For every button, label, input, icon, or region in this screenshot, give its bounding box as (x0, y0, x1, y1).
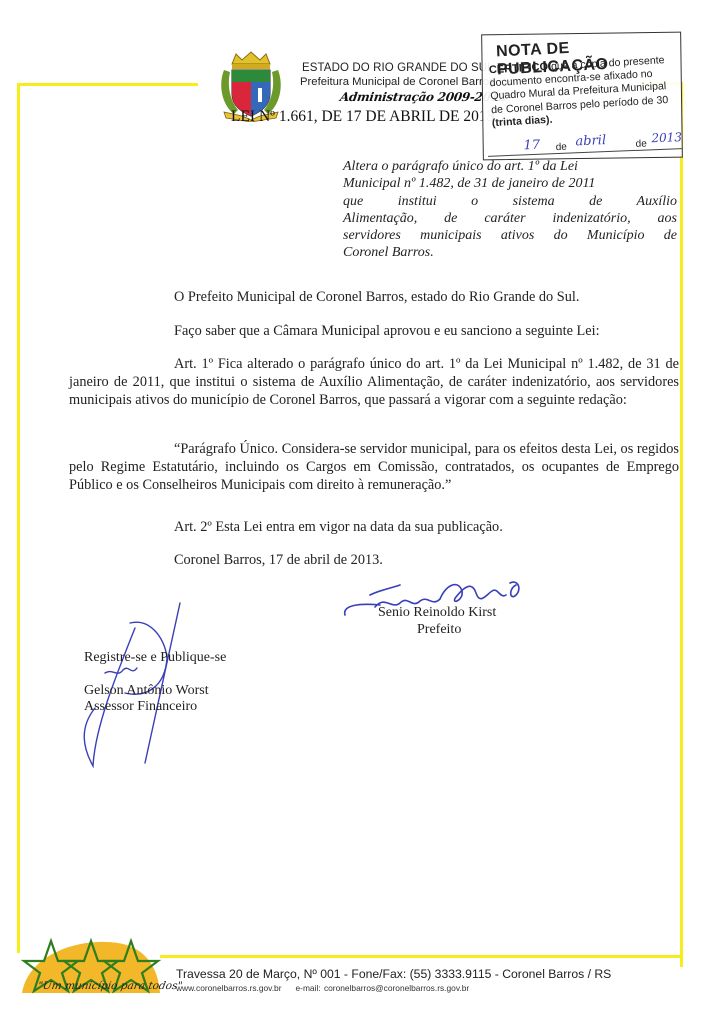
frame-top-left-line (18, 83, 198, 86)
publication-stamp: NOTA DE PUBLICAÇÃO CERTIFICO que a cópia… (481, 32, 683, 161)
frame-left-line (17, 83, 20, 953)
mayor-name: Senio Reinoldo Kirst (378, 605, 496, 621)
stamp-date-sep1: de (556, 142, 568, 153)
preamble: O Prefeito Municipal de Coronel Barros, … (69, 289, 679, 307)
frame-bottom-line (160, 955, 683, 958)
summary-line: Coronel Barros. (343, 244, 677, 261)
summary-line: servidores municipais ativos do Municípi… (343, 227, 677, 244)
sole-paragraph-text: “Parágrafo Único. Considera-se servidor … (69, 441, 679, 494)
place-date: Coronel Barros, 17 de abril de 2013. (69, 552, 679, 570)
header-state: ESTADO DO RIO GRANDE DO SUL (302, 62, 494, 74)
advisor-name: Gelson Antônio Worst (84, 683, 209, 699)
footer-email-link[interactable]: e-mail: coronelbarros@coronelbarros.rs.g… (296, 983, 470, 993)
enactment: Faço saber que a Câmara Municipal aprovo… (69, 323, 679, 341)
article-1: Art. 1º Fica alterado o parágrafo único … (69, 356, 679, 409)
stamp-date-day: 17 (523, 138, 540, 154)
advisor-role: Assessor Financeiro (84, 699, 197, 715)
sole-paragraph: “Parágrafo Único. Considera-se servidor … (69, 441, 679, 494)
footer-website-link[interactable]: www.coronelbarros.rs.gov.br (176, 983, 282, 993)
stamp-text: CERTIFICO que a cópia do presente docume… (489, 53, 682, 130)
frame-right-line (680, 82, 683, 967)
mayor-role: Prefeito (417, 622, 461, 638)
summary-line: Municipal nº 1.482, de 31 de janeiro de … (343, 175, 677, 192)
footer-slogan: "Um município para todos" (37, 980, 183, 992)
article-2: Art. 2º Esta Lei entra em vigor na data … (69, 519, 679, 537)
summary-line: Alimentação, de caráter indenizatório, a… (343, 210, 677, 227)
summary-line: Altera o parágrafo único do art. 1º da L… (343, 158, 677, 175)
enactment-text: Faço saber que a Câmara Municipal aprovo… (69, 323, 679, 341)
preamble-text: O Prefeito Municipal de Coronel Barros, … (69, 289, 679, 307)
footer-address: Travessa 20 de Março, Nº 001 - Fone/Fax:… (176, 967, 611, 981)
footer-contacts: www.coronelbarros.rs.gov.bre-mail: coron… (176, 983, 469, 993)
register-publish-text: Registre-se e Publique-se (84, 650, 226, 666)
place-date-text: Coronel Barros, 17 de abril de 2013. (69, 552, 679, 570)
article-1-text: Art. 1º Fica alterado o parágrafo único … (69, 356, 679, 409)
stamp-date: 17 de abril de 2013 (487, 134, 681, 158)
article-2-text: Art. 2º Esta Lei entra em vigor na data … (69, 519, 679, 537)
stamp-date-year: 2013 (651, 130, 682, 145)
stamp-date-sep2: de (635, 138, 647, 149)
stamp-date-underline (488, 148, 682, 157)
law-title: LEI Nº 1.661, DE 17 DE ABRIL DE 2013. (231, 108, 498, 126)
law-summary: Altera o parágrafo único do art. 1º da L… (343, 158, 677, 262)
header-prefecture: Prefeitura Municipal de Coronel Barros (300, 76, 495, 88)
summary-line: que institui o sistema de Auxílio (343, 193, 677, 210)
stamp-date-month: abril (575, 133, 606, 149)
